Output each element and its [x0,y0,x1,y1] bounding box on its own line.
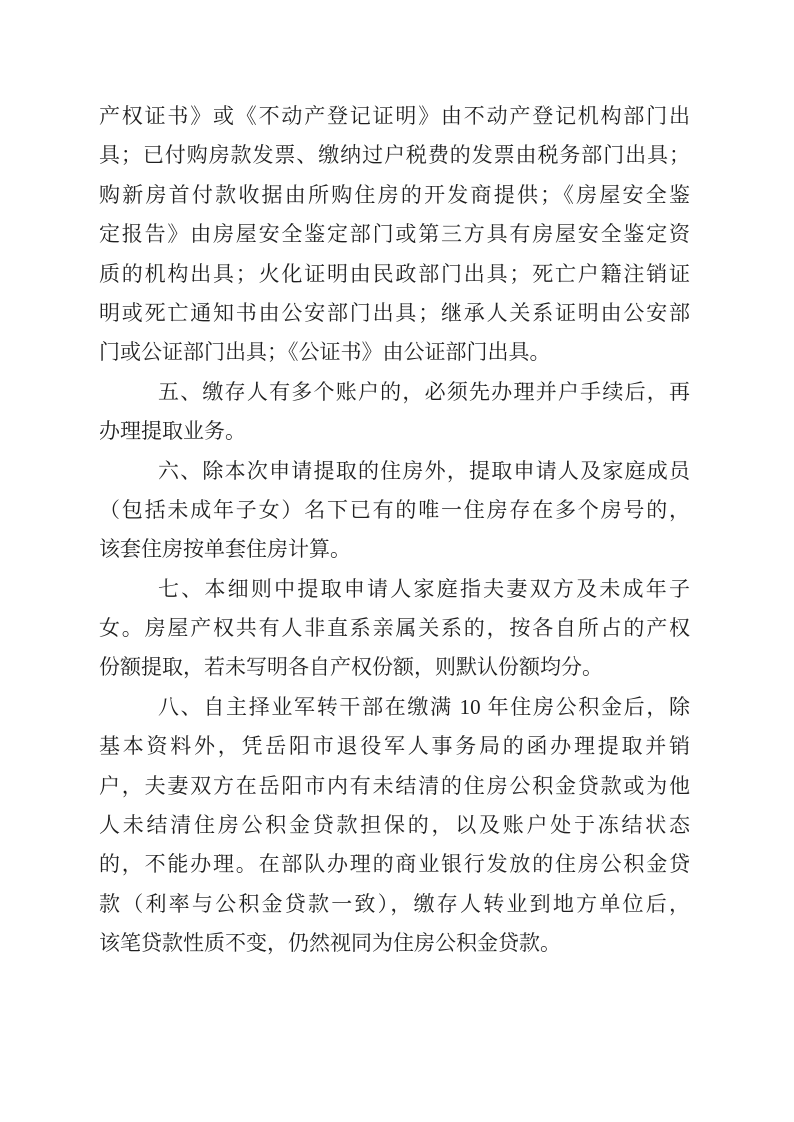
document-line: 七、本细则中提取申请人家庭指夫妻双方及未成年子 [99,570,690,609]
document-line: 六、除本次申请提取的住房外，提取申请人及家庭成员 [99,452,690,491]
document-text-block: 产权证书》或《不动产登记证明》由不动产登记机构部门出具；已付购房款发票、缴纳过户… [99,97,690,964]
document-line: 份额提取，若未写明各自产权份额，则默认份额均分。 [99,648,690,687]
document-line: 人未结清住房公积金贷款担保的，以及账户处于冻结状态 [99,806,690,845]
document-line: （包括未成年子女）名下已有的唯一住房存在多个房号的， [99,491,690,530]
document-line: 基本资料外，凭岳阳市退役军人事务局的函办理提取并销 [99,727,690,766]
document-line: 户，夫妻双方在岳阳市内有未结清的住房公积金贷款或为他 [99,767,690,806]
document-line: 女。房屋产权共有人非直系亲属关系的，按各自所占的产权 [99,609,690,648]
document-line: 八、自主择业军转干部在缴满 10 年住房公积金后，除 [99,688,690,727]
document-line: 的，不能办理。在部队办理的商业银行发放的住房公积金贷 [99,845,690,884]
document-line: 质的机构出具；火化证明由民政部门出具；死亡户籍注销证 [99,255,690,294]
document-line: 明或死亡通知书由公安部门出具；继承人关系证明由公安部 [99,294,690,333]
document-line: 定报告》由房屋安全鉴定部门或第三方具有房屋安全鉴定资 [99,215,690,254]
document-line: 该笔贷款性质不变，仍然视同为住房公积金贷款。 [99,924,690,963]
document-page: 产权证书》或《不动产登记证明》由不动产登记机构部门出具；已付购房款发票、缴纳过户… [0,0,794,1122]
document-line: 该套住房按单套住房计算。 [99,530,690,569]
document-line: 产权证书》或《不动产登记证明》由不动产登记机构部门出 [99,97,690,136]
document-line: 办理提取业务。 [99,412,690,451]
document-line: 具；已付购房款发票、缴纳过户税费的发票由税务部门出具； [99,136,690,175]
document-line: 五、缴存人有多个账户的，必须先办理并户手续后，再 [99,373,690,412]
document-line: 门或公证部门出具；《公证书》由公证部门出具。 [99,333,690,372]
document-line: 购新房首付款收据由所购住房的开发商提供；《房屋安全鉴 [99,176,690,215]
document-line: 款（利率与公积金贷款一致），缴存人转业到地方单位后， [99,885,690,924]
